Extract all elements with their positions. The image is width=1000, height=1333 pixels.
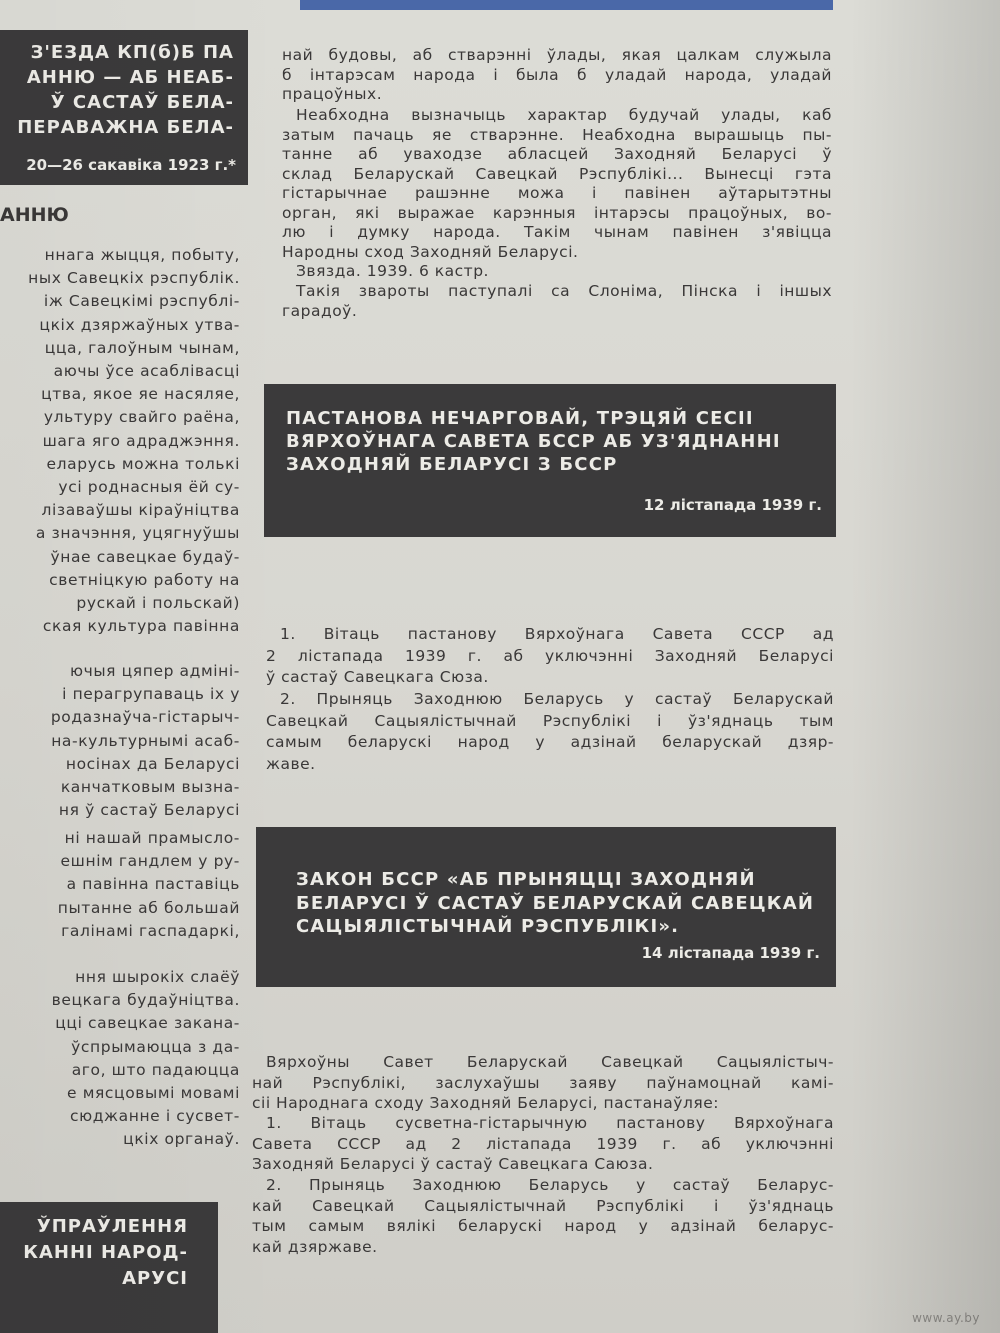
text-line: кай Савецкай Сацыялістычнай Рэспублікі і… bbox=[252, 1196, 834, 1217]
text-line: танне аб уваходзе абласцей Заходняй Бела… bbox=[282, 145, 832, 165]
law-item-1: 1. Вітаць сусветна-гістарычную пастанову… bbox=[252, 1113, 834, 1175]
text-line: на-культурнымі асаб- bbox=[0, 730, 240, 753]
text-line: тым самым вялікі беларускі народ у адзін… bbox=[252, 1216, 834, 1237]
text-line: ультуру свайго раёна, bbox=[0, 406, 240, 429]
text-line: ння шырокіх слаёў bbox=[0, 966, 240, 989]
text-line: ў састаў Савецкага Сюза. bbox=[266, 667, 834, 689]
text-line: рускай і польскай) bbox=[0, 592, 240, 615]
left-paragraph-2: ская культура павінна bbox=[0, 615, 240, 638]
text-line: цца, галоўным чынам, bbox=[0, 337, 240, 360]
text-line: цкіх дзяржаўных утва- bbox=[0, 314, 240, 337]
text-line: светніцкую работу на bbox=[0, 569, 240, 592]
text-line: цкіх органаў. bbox=[0, 1128, 240, 1151]
text-line: ных Савецкіх рэспублік. bbox=[0, 267, 240, 290]
text-line: АРУСІ bbox=[23, 1266, 188, 1292]
top-blue-strip bbox=[300, 0, 833, 10]
watermark: www.ay.by bbox=[912, 1311, 980, 1325]
law-preamble: Вярхоўны Савет Беларускай Савецкай Сацыя… bbox=[252, 1052, 834, 1114]
text-line: сюджанне і сусвет- bbox=[0, 1105, 240, 1128]
text-line: ВЯРХОЎНАГА САВЕТА БССР АБ УЗ'ЯДНАННІ bbox=[286, 430, 781, 453]
source-text: Звязда. 1939. 6 кастр. bbox=[282, 262, 832, 282]
intro-paragraph-1: най будовы, аб стварэнні ўлады, якая цал… bbox=[282, 46, 832, 105]
text-line: цці савецкае закана- bbox=[0, 1012, 240, 1035]
text-line: аго, што падаюцца bbox=[0, 1059, 240, 1082]
text-line: лю і думку народа. Такім чынам павінен з… bbox=[282, 223, 832, 243]
text-line: б інтарэсам народа і была б уладай народ… bbox=[282, 66, 832, 86]
text-line: ПЕРАВАЖНА БЕЛА- bbox=[17, 115, 234, 140]
law-heading-box: ЗАКОН БССР «АБ ПРЫНЯЦЦІ ЗАХОДНЯЙБЕЛАРУСІ… bbox=[256, 827, 836, 987]
text-line: цтва, якое яе насяляе, bbox=[0, 383, 240, 406]
text-line: і перагрупаваць іх у bbox=[0, 683, 240, 706]
text-line: ешнім гандлем у ру- bbox=[0, 850, 240, 873]
left-heading-date: 20—26 сакавіка 1923 г.* bbox=[26, 156, 236, 174]
text-line: склад Беларускай Савецкай Рэспублікі... … bbox=[282, 165, 832, 185]
text-line: жаве. bbox=[266, 754, 834, 776]
text-line: Савецкай Сацыялістычнай Рэспублікі і ўз'… bbox=[266, 711, 834, 733]
left-paragraph-3: ючыя цяпер адміні-і перагрупаваць іх уро… bbox=[0, 660, 240, 822]
text-line: затым пачаць яе стварэнне. Неабходна выр… bbox=[282, 126, 832, 146]
law-date: 14 лістапада 1939 г. bbox=[642, 944, 820, 962]
text-line: БЕЛАРУСІ Ў САСТАЎ БЕЛАРУСКАЙ САВЕЦКАЙ bbox=[296, 892, 814, 916]
text-line: най будовы, аб стварэнні ўлады, якая цал… bbox=[282, 46, 832, 66]
text-line: ПАСТАНОВА НЕЧАРГОВАЙ, ТРЭЦЯЙ СЕСІІ bbox=[286, 407, 781, 430]
resolution-item-1: 1. Вітаць пастанову Вярхоўнага Савета СС… bbox=[266, 624, 834, 689]
law-title: ЗАКОН БССР «АБ ПРЫНЯЦЦІ ЗАХОДНЯЙБЕЛАРУСІ… bbox=[296, 868, 814, 939]
text-line: 2. Прыняць Заходнюю Беларусь у састаў Бе… bbox=[252, 1175, 834, 1196]
left-heading-title: З'ЕЗДА КП(б)Б ПААННЮ — АБ НЕАБ-Ў САСТАЎ … bbox=[17, 40, 234, 140]
text-line: аючы ўсе асаблівасці bbox=[0, 360, 240, 383]
resolution-title: ПАСТАНОВА НЕЧАРГОВАЙ, ТРЭЦЯЙ СЕСІІВЯРХОЎ… bbox=[286, 407, 781, 476]
text-line: Ў САСТАЎ БЕЛА- bbox=[17, 90, 234, 115]
text-line: лізаваўшы кіраўніцтва bbox=[0, 499, 240, 522]
left-paragraph-1: ннага жыцця, побыту,ных Савецкіх рэспубл… bbox=[0, 244, 240, 615]
text-line: Неабходна вызначыць характар будучай ула… bbox=[282, 106, 832, 126]
text-line: ЗАХОДНЯЙ БЕЛАРУСІ З БССР bbox=[286, 453, 781, 476]
text-line: сіі Народнага сходу Заходняй Беларусі, п… bbox=[252, 1093, 834, 1114]
text-line: ня ў састаў Беларусі bbox=[0, 799, 240, 822]
text-line: вецкага будаўніцтва. bbox=[0, 989, 240, 1012]
text-line: ні нашай прамысло- bbox=[0, 827, 240, 850]
text-line: кай дзяржаве. bbox=[252, 1237, 834, 1258]
left-paragraph-4: ні нашай прамысло-ешнім гандлем у ру-а п… bbox=[0, 827, 240, 943]
resolution-date: 12 лістапада 1939 г. bbox=[644, 496, 822, 514]
left-paragraph-5: ння шырокіх слаёўвецкага будаўніцтва.цці… bbox=[0, 966, 240, 1152]
text-line: 2 лістапада 1939 г. аб уключэнні Заходня… bbox=[266, 646, 834, 668]
text-line: ЎПРАЎЛЕННЯ bbox=[23, 1214, 188, 1240]
text-line: ЗАКОН БССР «АБ ПРЫНЯЦЦІ ЗАХОДНЯЙ bbox=[296, 868, 814, 892]
law-item-2: 2. Прыняць Заходнюю Беларусь у састаў Бе… bbox=[252, 1175, 834, 1257]
text-line: 1. Вітаць пастанову Вярхоўнага Савета СС… bbox=[266, 624, 834, 646]
text-line: е мясцовымі мовамі bbox=[0, 1082, 240, 1105]
text-line: ская культура павінна bbox=[0, 615, 240, 638]
text-line: іж Савецкімі рэспублі- bbox=[0, 290, 240, 313]
left-bottom-heading-box: ЎПРАЎЛЕННЯКАННІ НАРОД-АРУСІ bbox=[0, 1202, 218, 1333]
text-line: ўспрымаюцца з да- bbox=[0, 1036, 240, 1059]
text-line: КАННІ НАРОД- bbox=[23, 1240, 188, 1266]
left-bottom-heading-title: ЎПРАЎЛЕННЯКАННІ НАРОД-АРУСІ bbox=[23, 1214, 188, 1292]
text-line: еларусь можна толькі bbox=[0, 453, 240, 476]
text-line: ўнае савецкае будаў- bbox=[0, 546, 240, 569]
source-citation: Звязда. 1939. 6 кастр. bbox=[282, 262, 832, 282]
left-heading-box: З'ЕЗДА КП(б)Б ПААННЮ — АБ НЕАБ-Ў САСТАЎ … bbox=[0, 30, 248, 185]
text-line: Савета СССР ад 2 лістапада 1939 г. аб ук… bbox=[252, 1134, 834, 1155]
intro-paragraph-2: Неабходна вызначыць характар будучай ула… bbox=[282, 106, 832, 262]
text-line: гарадоў. bbox=[282, 302, 832, 322]
text-line: носінах да Беларусі bbox=[0, 753, 240, 776]
text-line: галінамі гаспадаркі, bbox=[0, 920, 240, 943]
text-line: канчатковым вызна- bbox=[0, 776, 240, 799]
text-line: родазнаўча-гістарыч- bbox=[0, 706, 240, 729]
text-line: усі роднасныя ёй су- bbox=[0, 476, 240, 499]
text-line: гістарычнае рашэнне можа і павінен аўтар… bbox=[282, 184, 832, 204]
text-line: САЦЫЯЛІСТЫЧНАЙ РЭСПУБЛІКІ». bbox=[296, 915, 814, 939]
text-line: Заходняй Беларусі ў састаў Савецкага Саю… bbox=[252, 1154, 834, 1175]
text-line: З'ЕЗДА КП(б)Б ПА bbox=[17, 40, 234, 65]
text-line: Такія звароты паступалі са Слоніма, Пінс… bbox=[282, 282, 832, 302]
text-line: працоўных. bbox=[282, 85, 832, 105]
text-line: Народны сход Заходняй Беларусі. bbox=[282, 243, 832, 263]
text-line: най Рэспублікі, заслухаўшы заяву паўнамо… bbox=[252, 1073, 834, 1094]
text-line: ннага жыцця, побыту, bbox=[0, 244, 240, 267]
text-line: 1. Вітаць сусветна-гістарычную пастанову… bbox=[252, 1113, 834, 1134]
text-line: а павінна паставіць bbox=[0, 873, 240, 896]
text-line: шага яго адраджэння. bbox=[0, 430, 240, 453]
text-line: орган, які выражае карэнныя інтарэсы пра… bbox=[282, 204, 832, 224]
resolution-item-2: 2. Прыняць Заходнюю Беларусь у састаў Бе… bbox=[266, 689, 834, 775]
left-subheading: АННЮ bbox=[0, 204, 69, 226]
text-line: Вярхоўны Савет Беларускай Савецкай Сацыя… bbox=[252, 1052, 834, 1073]
text-line: а значэння, уцягнуўшы bbox=[0, 522, 240, 545]
resolution-heading-box: ПАСТАНОВА НЕЧАРГОВАЙ, ТРЭЦЯЙ СЕСІІВЯРХОЎ… bbox=[264, 384, 836, 537]
text-line: самым беларускі народ у адзінай беларуск… bbox=[266, 732, 834, 754]
text-line: АННЮ — АБ НЕАБ- bbox=[17, 65, 234, 90]
text-line: ючыя цяпер адміні- bbox=[0, 660, 240, 683]
note-paragraph: Такія звароты паступалі са Слоніма, Пінс… bbox=[282, 282, 832, 321]
text-line: пытанне аб большай bbox=[0, 897, 240, 920]
text-line: 2. Прыняць Заходнюю Беларусь у састаў Бе… bbox=[266, 689, 834, 711]
